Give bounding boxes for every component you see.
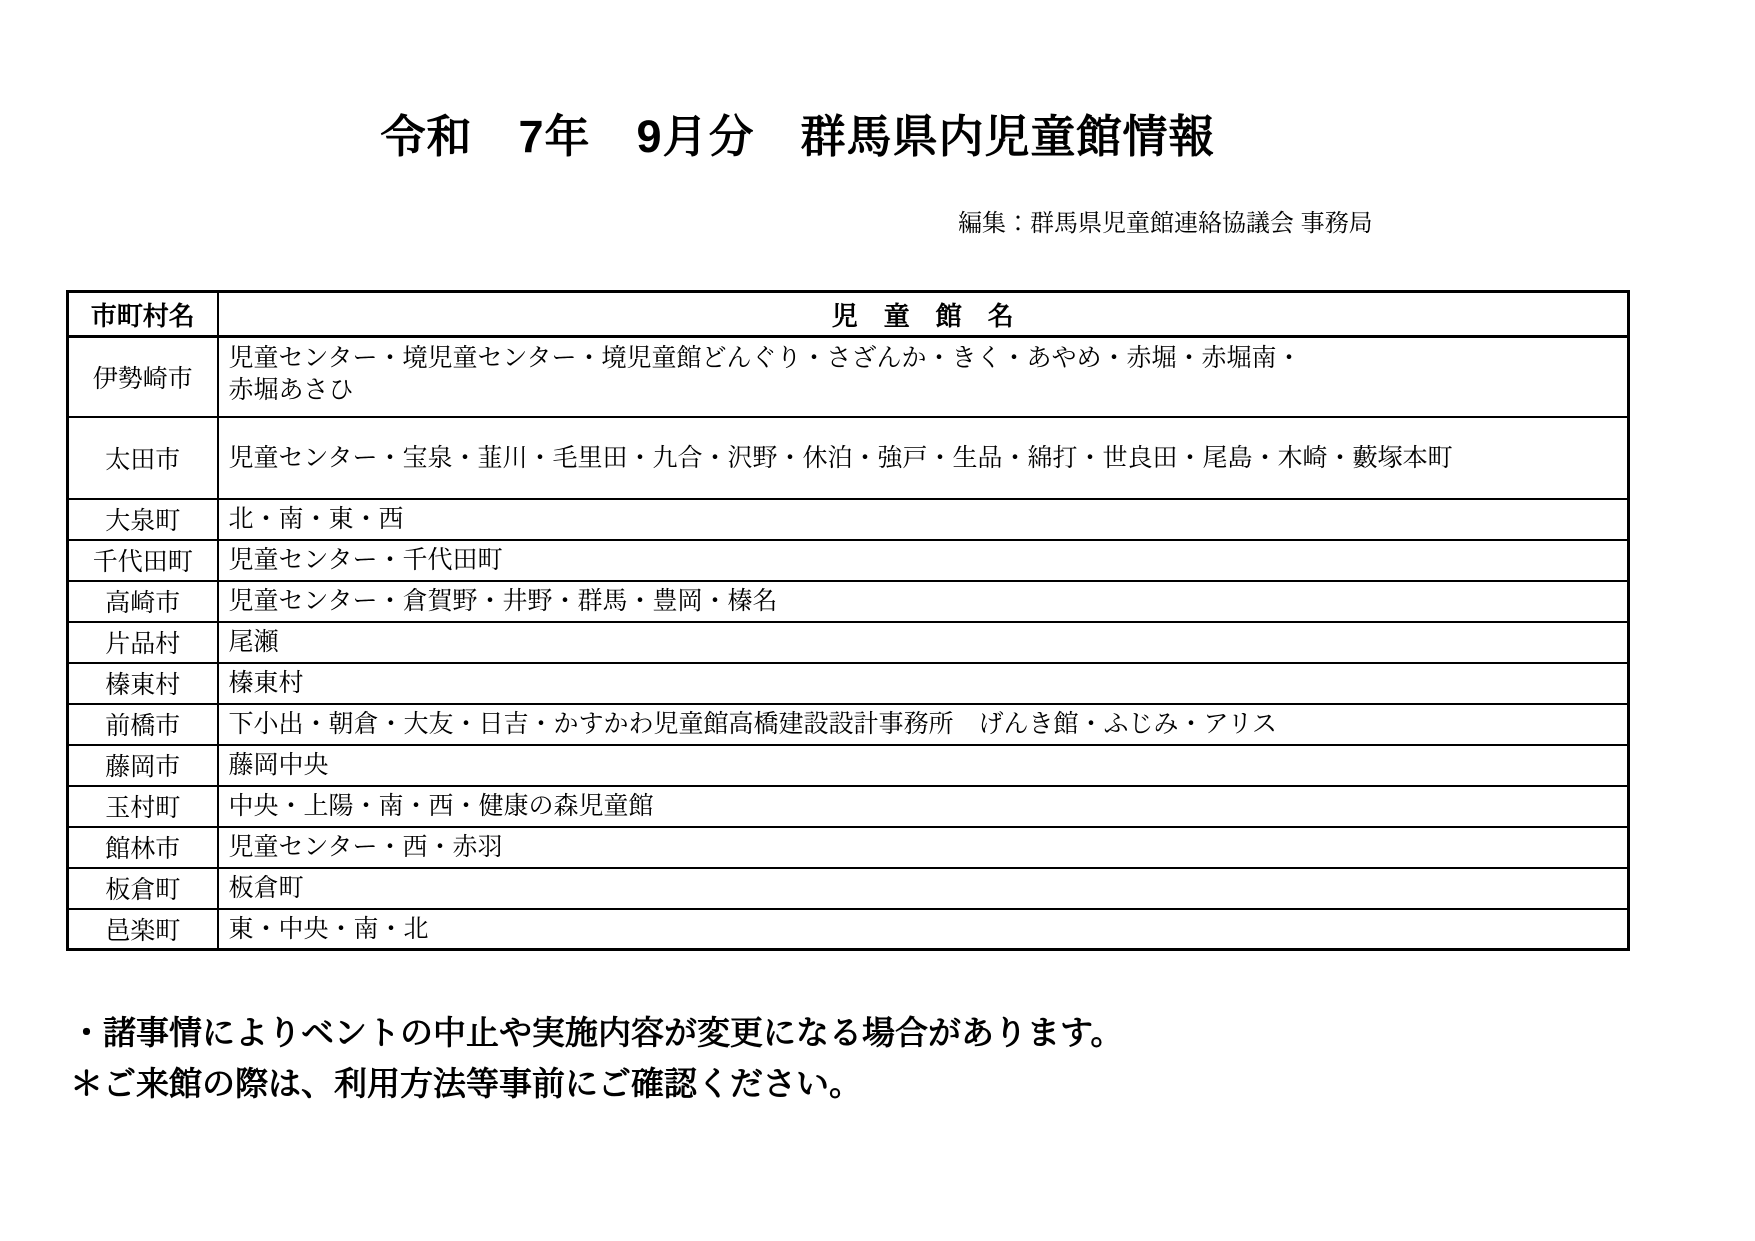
centers-cell: 児童センター・倉賀野・井野・群馬・豊岡・榛名 xyxy=(218,581,1629,622)
municipality-cell: 片品村 xyxy=(68,622,218,663)
municipality-cell: 高崎市 xyxy=(68,581,218,622)
table-row: 邑楽町 東・中央・南・北 xyxy=(68,909,1629,950)
centers-cell: 尾瀬 xyxy=(218,622,1629,663)
centers-cell: 児童センター・千代田町 xyxy=(218,540,1629,581)
note-visit-confirmation: ＊ご来館の際は、利用方法等事前にご確認ください。 xyxy=(70,1058,1755,1109)
table-row: 伊勢崎市 児童センター・境児童センター・境児童館どんぐり・さざんか・きく・あやめ… xyxy=(68,337,1629,417)
municipality-cell: 榛東村 xyxy=(68,663,218,704)
table-row: 館林市 児童センター・西・赤羽 xyxy=(68,827,1629,868)
note-event-changes: ・諸事情によりベントの中止や実施内容が変更になる場合があります。 xyxy=(70,1007,1755,1058)
table-row: 玉村町 中央・上陽・南・西・健康の森児童館 xyxy=(68,786,1629,827)
municipality-cell: 藤岡市 xyxy=(68,745,218,786)
table-row: 前橋市 下小出・朝倉・大友・日吉・かすかわ児童館高橋建設設計事務所 げんき館・ふ… xyxy=(68,704,1629,745)
centers-cell: 藤岡中央 xyxy=(218,745,1629,786)
table-row: 板倉町 板倉町 xyxy=(68,868,1629,909)
table-row: 片品村 尾瀬 xyxy=(68,622,1629,663)
municipality-cell: 太田市 xyxy=(68,417,218,499)
header-centers: 児 童 館 名 xyxy=(218,292,1629,337)
municipality-cell: 玉村町 xyxy=(68,786,218,827)
centers-cell: 児童センター・宝泉・韮川・毛里田・九合・沢野・休泊・強戸・生品・綿打・世良田・尾… xyxy=(218,417,1629,499)
table-row: 藤岡市 藤岡中央 xyxy=(68,745,1629,786)
centers-cell: 児童センター・境児童センター・境児童館どんぐり・さざんか・きく・あやめ・赤堀・赤… xyxy=(218,337,1629,417)
footer-notes: ・諸事情によりベントの中止や実施内容が変更になる場合があります。 ＊ご来館の際は… xyxy=(70,1007,1755,1109)
centers-cell: 板倉町 xyxy=(218,868,1629,909)
table-row: 榛東村 榛東村 xyxy=(68,663,1629,704)
table-row: 千代田町 児童センター・千代田町 xyxy=(68,540,1629,581)
municipality-cell: 千代田町 xyxy=(68,540,218,581)
children-centers-table: 市町村名 児 童 館 名 伊勢崎市 児童センター・境児童センター・境児童館どんぐ… xyxy=(66,290,1630,951)
table-row: 太田市 児童センター・宝泉・韮川・毛里田・九合・沢野・休泊・強戸・生品・綿打・世… xyxy=(68,417,1629,499)
table-row: 高崎市 児童センター・倉賀野・井野・群馬・豊岡・榛名 xyxy=(68,581,1629,622)
header-municipality: 市町村名 xyxy=(68,292,218,337)
municipality-cell: 大泉町 xyxy=(68,499,218,540)
municipality-cell: 邑楽町 xyxy=(68,909,218,950)
editor-credit: 編集：群馬県児童館連絡協議会 事務局 xyxy=(958,203,1755,238)
page-title: 令和 7年 9月分 群馬県内児童館情報 xyxy=(0,100,1755,165)
municipality-cell: 館林市 xyxy=(68,827,218,868)
centers-cell: 下小出・朝倉・大友・日吉・かすかわ児童館高橋建設設計事務所 げんき館・ふじみ・ア… xyxy=(218,704,1629,745)
municipality-cell: 伊勢崎市 xyxy=(68,337,218,417)
municipality-cell: 板倉町 xyxy=(68,868,218,909)
centers-cell: 中央・上陽・南・西・健康の森児童館 xyxy=(218,786,1629,827)
municipality-cell: 前橋市 xyxy=(68,704,218,745)
document-page: 令和 7年 9月分 群馬県内児童館情報 編集：群馬県児童館連絡協議会 事務局 市… xyxy=(0,0,1755,1241)
table-header-row: 市町村名 児 童 館 名 xyxy=(68,292,1629,337)
centers-cell: 北・南・東・西 xyxy=(218,499,1629,540)
centers-cell: 東・中央・南・北 xyxy=(218,909,1629,950)
centers-cell: 榛東村 xyxy=(218,663,1629,704)
centers-cell: 児童センター・西・赤羽 xyxy=(218,827,1629,868)
table-row: 大泉町 北・南・東・西 xyxy=(68,499,1629,540)
